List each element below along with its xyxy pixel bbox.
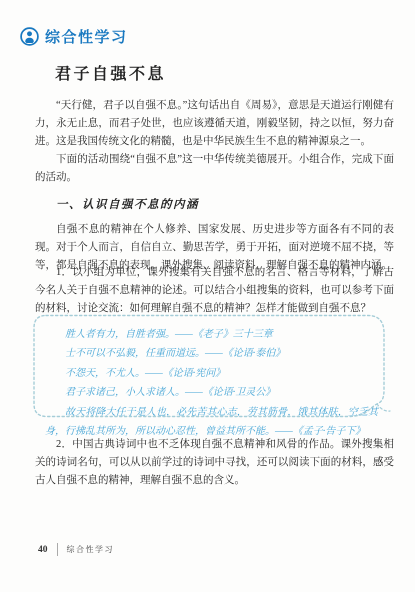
footer-divider — [57, 543, 58, 556]
person-icon — [20, 27, 39, 46]
page-number: 40 — [38, 545, 48, 555]
intro-paragraph-2: 下面的活动围绕“自强不息”这一中华传统美德展开。小组合作，完成下面的活动。 — [35, 151, 394, 187]
quote-box: 胜人者有力，自胜者强。——《老子》三十三章 士不可以不弘毅，任重而道远。——《论… — [32, 314, 392, 426]
quote-box-border — [32, 314, 392, 426]
textbook-page: 综合性学习 君子自强不息 “天行健，君子以自强不息。”这句话出自《周易》，意思是… — [0, 0, 415, 592]
section-header: 综合性学习 — [20, 26, 128, 47]
section-heading: 一、认识自强不息的内涵 — [56, 196, 199, 212]
numbered-item-1: 1．以小组为单位，课外搜集有关自强不息的名言、格言等材料，了解古今名人关于自强不… — [35, 264, 394, 318]
numbered-item-1-text: 1．以小组为单位，课外搜集有关自强不息的名言、格言等材料，了解古今名人关于自强不… — [35, 264, 394, 318]
footer-section-label: 综合性学习 — [67, 544, 115, 555]
intro-paragraph-1: “天行健，君子以自强不息。”这句话出自《周易》，意思是天道运行刚健有力，永无止息… — [35, 97, 394, 151]
page-title: 君子自强不息 — [55, 61, 166, 84]
section-header-label: 综合性学习 — [45, 26, 128, 47]
intro-paragraphs: “天行健，君子以自强不息。”这句话出自《周易》，意思是天道运行刚健有力，永无止息… — [35, 97, 394, 187]
numbered-item-2: 2．中国古典诗词中也不乏体现自强不息精神和风骨的作品。课外搜集相关的诗词名句，可… — [35, 436, 394, 490]
page-footer: 40 综合性学习 — [38, 543, 114, 556]
numbered-item-2-text: 2．中国古典诗词中也不乏体现自强不息精神和风骨的作品。课外搜集相关的诗词名句，可… — [35, 436, 394, 490]
